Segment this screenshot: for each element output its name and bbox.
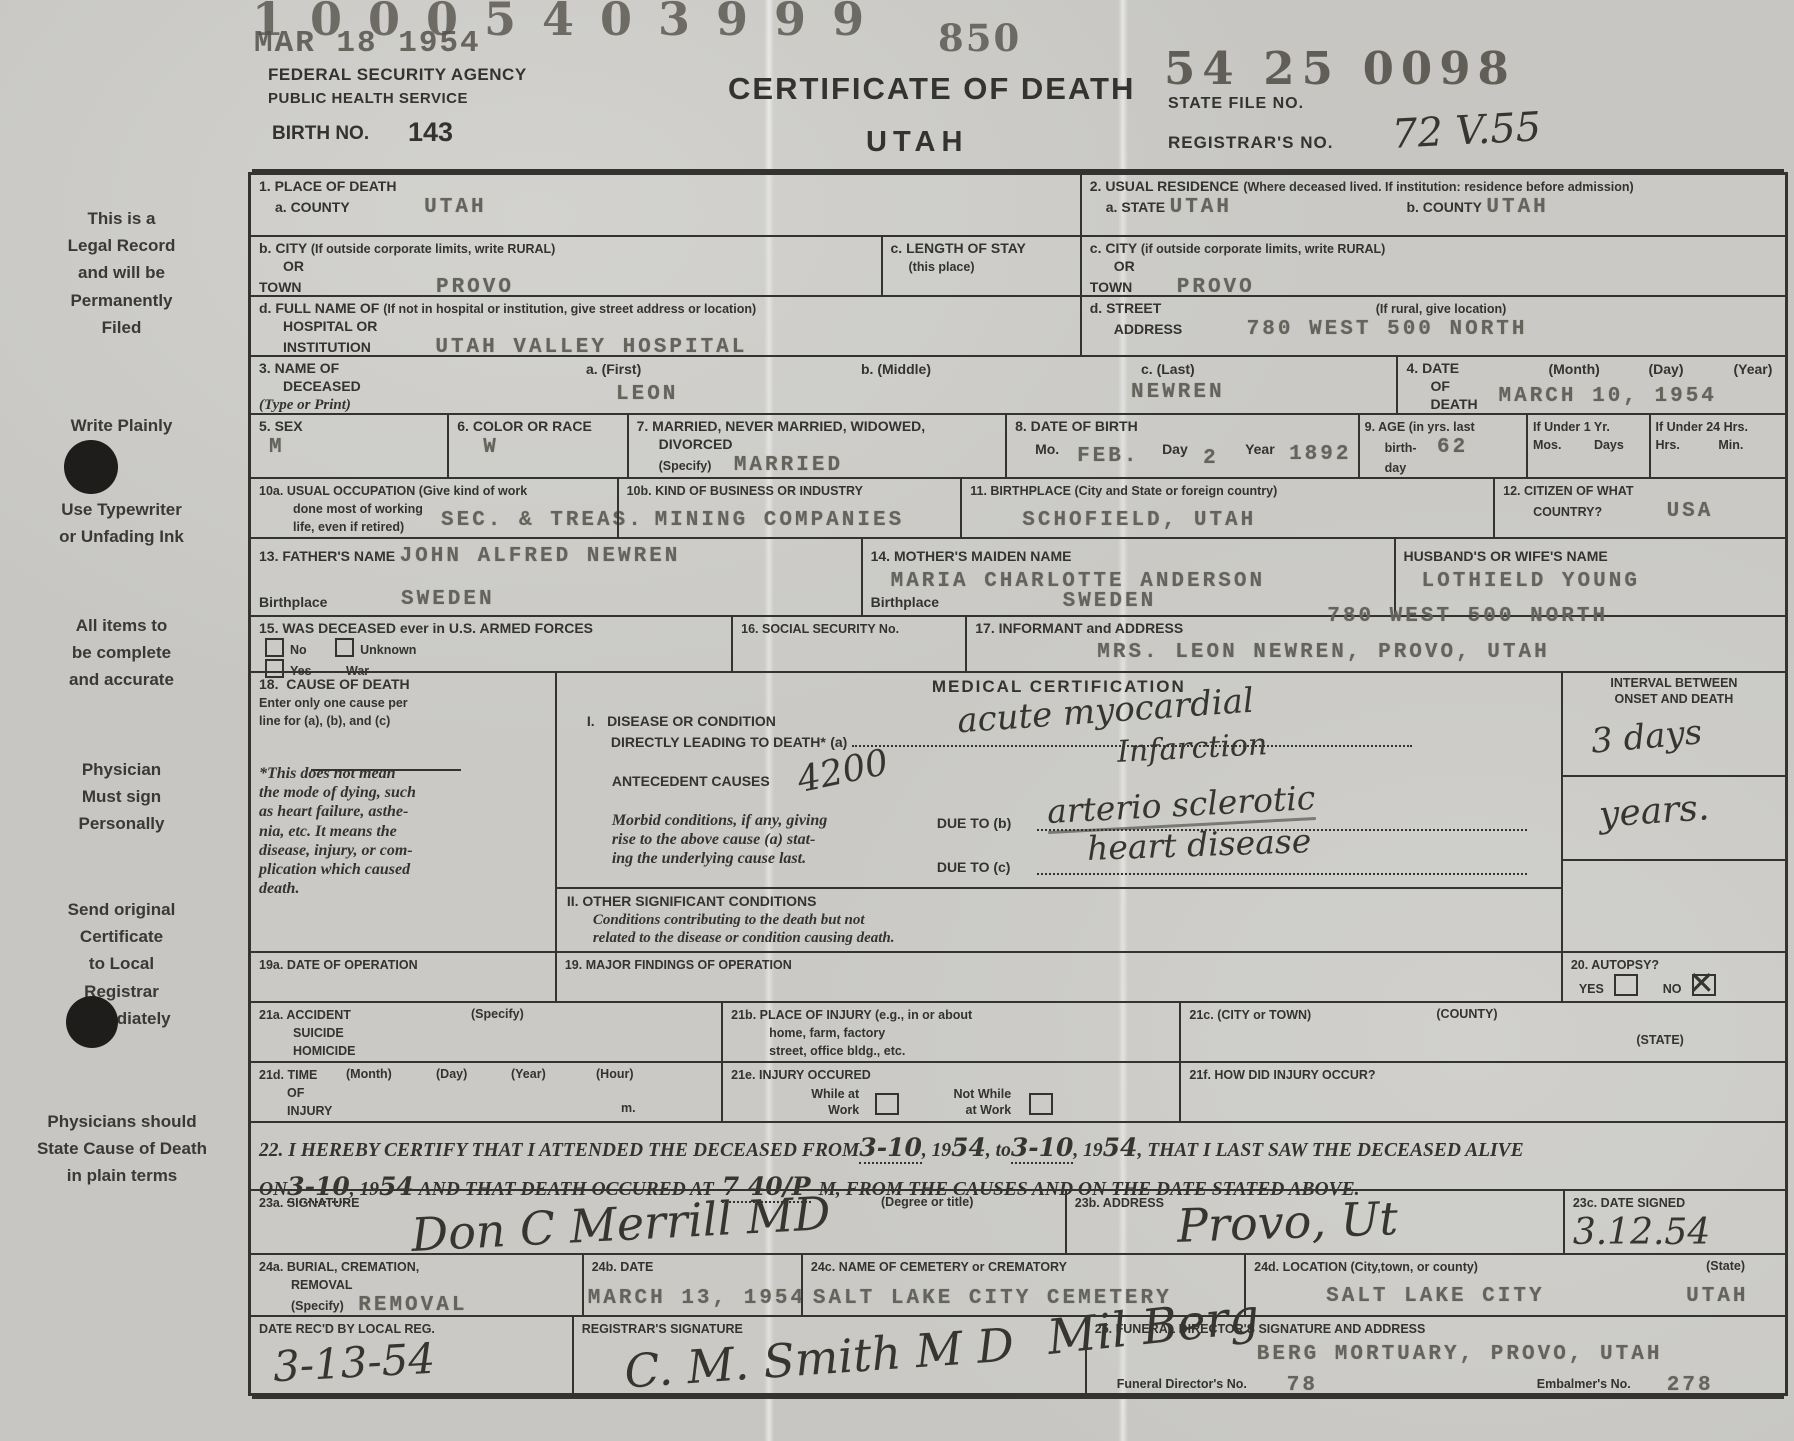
row-hospital-street: d. FULL NAME OF (If not in hospital or i… (251, 295, 1785, 355)
interval-divider2 (1563, 859, 1788, 861)
field-date-received: DATE REC'D BY LOCAL REG. 3-13-54 (251, 1317, 572, 1399)
m-label: m. (621, 1101, 636, 1117)
field-number: 7. (637, 418, 649, 434)
street-paren: (If rural, give location) (1376, 302, 1507, 316)
mos-label: Mos. (1533, 438, 1561, 452)
field-date-of-birth: 8. DATE OF BIRTH Mo. FEB. Day 2 Year 189… (1005, 415, 1358, 477)
field-title: DATE OF OPERATION (287, 958, 418, 972)
certify-text1: I HEREBY CERTIFY THAT I ATTENDED THE DEC… (288, 1140, 859, 1161)
margin-note-legal-record: This is a Legal Record and will be Perma… (14, 205, 229, 341)
field-number: 3. (259, 360, 271, 376)
field-title: ADDRESS (1103, 1196, 1164, 1210)
interval-divider1 (1563, 775, 1788, 777)
marital-value: MARRIED (734, 454, 843, 477)
checkbox-unknown (335, 638, 354, 657)
town-label: TOWN (1090, 279, 1133, 295)
registrar-no-label: REGISTRAR'S NO. (1168, 132, 1333, 153)
field-number: 24d. (1254, 1260, 1279, 1274)
field-date-signed: 23c. DATE SIGNED 3.12.54 (1563, 1191, 1785, 1253)
age-value: 62 (1437, 436, 1468, 459)
day-label: (Day) (436, 1067, 467, 1083)
state-label: (STATE) (1636, 1033, 1683, 1049)
morbid-line3: ing the underlying cause last. (612, 850, 806, 867)
city-value: PROVO (1177, 276, 1255, 299)
physician-signature-value: Don C Merrill MD (410, 1186, 832, 1262)
field-number: 12. (1503, 484, 1520, 498)
margin-note-typewriter: Use Typewriter or Unfading Ink (14, 496, 229, 550)
field-hospital: d. FULL NAME OF (If not in hospital or i… (251, 297, 1080, 355)
burial-state-value: UTAH (1686, 1285, 1748, 1308)
mother-birthplace-value: SWEDEN (1063, 590, 1157, 613)
suicide-label: SUICIDE (293, 1026, 344, 1040)
interval-label1: INTERVAL BETWEEN (1610, 676, 1737, 690)
street-label: d. STREET (1090, 300, 1162, 316)
certify-text2: , 19 (922, 1140, 951, 1161)
a-label: (a) (830, 734, 847, 750)
birth-year-value: 1892 (1289, 443, 1351, 466)
field-number: 24c. (811, 1260, 835, 1274)
row-burial: 24a. BURIAL, CREMATION, REMOVAL (Specify… (251, 1253, 1785, 1315)
city-label: b. CITY (259, 240, 307, 256)
county-label: b. COUNTY (1406, 199, 1481, 215)
hospital-label: d. FULL NAME OF (259, 300, 379, 316)
antecedent-label: ANTECEDENT CAUSES (612, 773, 770, 791)
last-name-label: c. (Last) (1141, 361, 1195, 379)
state-paren-label: (State) (1706, 1259, 1745, 1275)
first-name-value: LEON (616, 383, 678, 406)
hole-punch (64, 440, 118, 494)
margin-note-plain-terms: Physicians should State Cause of Death i… (2, 1108, 242, 1190)
town-label: TOWN (259, 279, 302, 295)
field-usual-residence: 2. USUAL RESIDENCE (Where deceased lived… (1080, 175, 1785, 235)
morbid-line1: Morbid conditions, if any, giving (612, 812, 827, 829)
field-color-race: 6. COLOR OR RACE W (447, 415, 626, 477)
county-label: (COUNTY) (1436, 1007, 1497, 1023)
field-number: 23a. (259, 1196, 283, 1210)
field-title: AGE (1378, 420, 1405, 434)
year-label: Year (1245, 441, 1275, 459)
field-title: REGISTRAR'S SIGNATURE (582, 1322, 743, 1336)
date-signed-value: 3.12.54 (1573, 1212, 1710, 1253)
informant-address-value: 780 WEST 500 NORTH (1327, 605, 1608, 628)
date-received-value: 3-13-54 (272, 1334, 436, 1391)
birth-no-value: 143 (408, 116, 453, 150)
received-date-stamp: MAR 18 1954 (254, 26, 481, 61)
homicide-label: HOMICIDE (293, 1044, 356, 1058)
state-label: a. STATE (1106, 199, 1165, 215)
field-industry: 10b. KIND OF BUSINESS OR INDUSTRY MINING… (617, 479, 961, 537)
field-occupation: 10a. USUAL OCCUPATION (Give kind of work… (251, 479, 617, 537)
field-number: 21f. (1189, 1068, 1211, 1082)
field-title: DATE (620, 1260, 653, 1274)
degree-label: (Degree or title) (881, 1195, 973, 1211)
street-value: 780 WEST 500 NORTH (1247, 318, 1528, 341)
hospital-value: UTAH VALLEY HOSPITAL (435, 336, 747, 359)
hrs-label: Hrs. (1656, 438, 1680, 452)
year-label: (Year) (511, 1067, 546, 1083)
field-paren2: done most of working (293, 502, 423, 516)
field-number: 5. (259, 418, 271, 434)
removal-label: REMOVAL (291, 1278, 353, 1292)
occupation-value: SEC. & TREAS. (441, 509, 644, 532)
field-title: DATE OF BIRTH (1031, 418, 1138, 434)
certify-text3: , to (986, 1140, 1011, 1161)
street-sub: ADDRESS (1114, 321, 1182, 337)
autopsy-no-label: NO (1663, 982, 1682, 996)
state-name: UTAH (866, 124, 968, 160)
field-number: 24a. (259, 1260, 283, 1274)
field-title: COLOR OR RACE (473, 418, 592, 434)
field-number: 21d. (259, 1068, 284, 1082)
row-parents: 13. FATHER'S NAME JOHN ALFRED NEWREN Bir… (251, 537, 1785, 615)
county-value: UTAH (424, 196, 486, 219)
cause-a-handwriting2: Infarction (1116, 727, 1268, 770)
work-label: Work (828, 1103, 859, 1117)
interval-b-value: years. (1598, 787, 1711, 836)
field-number: 15. (259, 620, 278, 636)
field-title: PLACE OF INJURY (e.g., in or about (760, 1008, 973, 1022)
physician-address-value: Provo, Ut (1176, 1191, 1399, 1253)
field-number: 16. (741, 622, 758, 636)
certify-from-date: 3-10 (859, 1133, 922, 1164)
of-label: OF (1430, 378, 1449, 394)
not-while-at-work-checkbox (1029, 1093, 1053, 1115)
field-title: FATHER'S NAME (282, 548, 395, 564)
or-label: OR (283, 258, 304, 274)
field-certify-statement: 22. I HEREBY CERTIFY THAT I ATTENDED THE… (251, 1123, 1785, 1189)
field-title: KIND OF BUSINESS OR INDUSTRY (655, 484, 863, 498)
certify-from-year: 54 (951, 1133, 986, 1162)
field-burial-date: 24b. DATE MARCH 13, 1954 (582, 1255, 801, 1315)
specify-label: (Specify) (471, 1007, 524, 1023)
other-conditions-section: II. OTHER SIGNIFICANT CONDITIONS Conditi… (557, 887, 1561, 951)
field-paren: (Give kind of work (419, 484, 527, 498)
checkbox-no (265, 638, 284, 657)
birth-day-value: 2 (1203, 447, 1219, 470)
industry-value: MINING COMPANIES (655, 509, 905, 532)
field-number: 23b. (1075, 1196, 1100, 1210)
other-conditions-note1: Conditions contributing to the death but… (593, 912, 865, 928)
row-armed-forces: 15. WAS DECEASED ever in U.S. ARMED FORC… (251, 615, 1785, 671)
field-name-of-deceased: 3. NAME OF DECEASED (Type or Print) a. (… (251, 357, 1396, 413)
funeral-director-no-value: 78 (1287, 1374, 1318, 1397)
field-number: 13. (259, 548, 278, 564)
field-title: DATE (1422, 360, 1459, 376)
interval-a-value: 3 days (1589, 712, 1703, 762)
field-number: 11. (970, 484, 987, 498)
field-number: 21b. (731, 1008, 756, 1022)
while-at-label: While at (811, 1087, 859, 1101)
roman-i: I. (587, 713, 595, 729)
death-certificate-scan: { "header": { "serial_stamp": "100054039… (0, 0, 1794, 1441)
due-to-c-label: DUE TO (c) (937, 859, 1011, 877)
country-label: COUNTRY? (1533, 505, 1602, 519)
specify-label: (Specify) (659, 459, 712, 473)
last-name-value: NEWREN (1131, 381, 1225, 404)
birth-no-label: BIRTH NO. (272, 122, 369, 146)
field-title: HOW DID INJURY OCCUR? (1214, 1068, 1375, 1082)
field-number: 14. (871, 548, 890, 564)
field-paren: (City and State or foreign country) (1074, 484, 1277, 498)
field-father-name: 13. FATHER'S NAME JOHN ALFRED NEWREN Bir… (251, 539, 861, 615)
birth-month-value: FEB. (1077, 445, 1139, 468)
field-birthplace: 11. BIRTHPLACE (City and State or foreig… (960, 479, 1493, 537)
stay-paren: (this place) (909, 260, 975, 274)
age-paren: (in yrs. last (1409, 420, 1475, 434)
certify-text4: , 19 (1073, 1140, 1102, 1161)
autopsy-no-checkbox: ✕ (1692, 974, 1716, 996)
field-armed-forces: 15. WAS DECEASED ever in U.S. ARMED FORC… (251, 617, 731, 671)
field-title: PLACE OF DEATH (275, 178, 397, 194)
embalmer-no-value: 278 (1667, 1374, 1714, 1397)
specify-label: (Specify) (291, 1299, 344, 1313)
birthplace-label: Birthplace (259, 594, 327, 612)
field-number: 21c. (1189, 1008, 1213, 1022)
field-title: NAME OF (275, 360, 340, 376)
state-value: UTAH (1170, 196, 1232, 219)
other-conditions-note2: related to the disease or condition caus… (593, 930, 895, 946)
certificate-form: 1. PLACE OF DEATH a. COUNTY UTAH 2. USUA… (248, 172, 1788, 1396)
birthplace-value: SCHOFIELD, UTAH (1022, 509, 1256, 532)
agency-name: FEDERAL SECURITY AGENCY (268, 64, 527, 85)
spouse-label: HUSBAND'S OR WIFE'S NAME (1404, 548, 1608, 564)
field-time-of-injury: 21d. TIME (Month) (Day) (Year) (Hour) OF… (251, 1063, 721, 1121)
spouse-value: LOTHIELD YOUNG (1422, 570, 1640, 593)
day-label: Day (1162, 441, 1188, 459)
margin-note-write-plainly: Write Plainly (14, 412, 229, 439)
registrar-no-value: 72 V.55 (1391, 104, 1542, 158)
row-sex-race-birth: 5. SEX M 6. COLOR OR RACE W 7. MARRIED, … (251, 413, 1785, 477)
field-city-of-death: b. CITY (If outside corporate limits, wr… (251, 237, 881, 295)
row-occupation: 10a. USUAL OCCUPATION (Give kind of work… (251, 477, 1785, 537)
field-number: 9. (1365, 420, 1375, 434)
row-time-of-injury: 21d. TIME (Month) (Day) (Year) (Hour) OF… (251, 1061, 1785, 1121)
field-title: SOCIAL SECURITY No. (762, 622, 899, 636)
city-or-town-label: (CITY or TOWN) (1217, 1008, 1311, 1022)
field-number: 21a. (259, 1008, 283, 1022)
min-label: Min. (1718, 438, 1743, 452)
margin-note-complete: All items to be complete and accurate (14, 612, 229, 694)
field-citizen: 12. CITIZEN OF WHAT COUNTRY? USA (1493, 479, 1785, 537)
autopsy-yes-checkbox (1614, 974, 1638, 996)
row-name-date: 3. NAME OF DECEASED (Type or Print) a. (… (251, 355, 1785, 413)
field-title: MAJOR FINDINGS OF OPERATION (586, 958, 792, 972)
field-title: INJURY OCCURED (759, 1068, 871, 1082)
stay-label: c. LENGTH OF STAY (891, 240, 1026, 256)
accident-label: ACCIDENT (286, 1008, 351, 1022)
divider (311, 769, 461, 771)
state-file-label: STATE FILE NO. (1168, 94, 1304, 114)
time-label: TIME (288, 1068, 318, 1082)
informant-name-value: MRS. LEON NEWREN, PROVO, UTAH (1097, 641, 1549, 664)
checkbox-unknown-label: Unknown (360, 643, 416, 657)
month-label: Mo. (1035, 441, 1059, 459)
field-autopsy: 20. AUTOPSY? YES NO ✕ (1561, 953, 1785, 1001)
agency-service: PUBLIC HEALTH SERVICE (268, 90, 468, 109)
margin-note-send-original: Send original Certificate to Local Regis… (14, 896, 229, 1032)
field-title: SIGNATURE (287, 1196, 360, 1210)
field-number: 10a. (259, 484, 283, 498)
field-number: 20. (1571, 958, 1588, 972)
field-spouse-name: HUSBAND'S OR WIFE'S NAME LOTHIELD YOUNG (1394, 539, 1785, 615)
month-label: (Month) (346, 1067, 392, 1083)
field-number: 2. (1090, 178, 1102, 194)
field-place-of-injury: 21b. PLACE OF INJURY (e.g., in or about … (721, 1003, 1179, 1061)
due-to-b-label: DUE TO (b) (937, 815, 1011, 833)
or-label: OR (1114, 258, 1135, 274)
middle-name-label: b. (Middle) (861, 361, 931, 379)
hospital-sub1: HOSPITAL OR (283, 318, 377, 334)
first-name-label: a. (First) (586, 361, 641, 379)
cause-footnote: *This does not mean the mode of dying, s… (259, 764, 547, 898)
field-marital-status: 7. MARRIED, NEVER MARRIED, WIDOWED, DIVO… (627, 415, 1005, 477)
funeral-director-no-label: Funeral Director's No. (1117, 1377, 1247, 1393)
cause-note1: Enter only one cause per (259, 696, 408, 710)
father-birthplace-value: SWEDEN (401, 588, 495, 611)
injury-place-line2: home, farm, factory (769, 1026, 885, 1040)
page-number-stamp: 850 (938, 16, 1021, 60)
field-number: 8. (1015, 418, 1027, 434)
field-paren3: life, even if retired) (293, 520, 404, 534)
field-burial-location: 24d. LOCATION (City,town, or county) (St… (1244, 1255, 1785, 1315)
row-accident: 21a. ACCIDENT (Specify) SUICIDE HOMICIDE… (251, 1001, 1785, 1061)
morbid-conditions-note: Morbid conditions, if any, givingrise to… (612, 811, 827, 869)
field-number: 4. (1406, 360, 1418, 376)
autopsy-no-checkmark: ✕ (1688, 964, 1715, 1002)
checkbox-no-label: No (290, 643, 307, 657)
birthplace-label: Birthplace (871, 594, 939, 612)
field-title: CITIZEN OF WHAT (1524, 484, 1633, 498)
field-title: USUAL OCCUPATION (287, 484, 415, 498)
burial-type-value: REMOVAL (358, 1294, 467, 1317)
roman-ii: II. (567, 893, 579, 909)
field-sex: 5. SEX M (251, 415, 447, 477)
field-mother-name: 14. MOTHER'S MAIDEN NAME MARIA CHARLOTTE… (861, 539, 1394, 615)
field-title: USUAL RESIDENCE (1105, 178, 1239, 194)
under-24hrs-label: If Under 24 Hrs. (1656, 420, 1748, 434)
at-work-label: at Work (966, 1103, 1012, 1117)
field-title: MARRIED, NEVER MARRIED, WIDOWED, (652, 418, 925, 434)
field-title: DATE SIGNED (1601, 1196, 1686, 1210)
field-title: BURIAL, CREMATION, (287, 1260, 419, 1274)
father-name-value: JOHN ALFRED NEWREN (400, 545, 681, 568)
hour-label: (Hour) (596, 1067, 634, 1083)
row-operation: 19a. DATE OF OPERATION 19. MAJOR FINDING… (251, 951, 1785, 1001)
field-number: 18. (259, 676, 278, 692)
row-registrar: DATE REC'D BY LOCAL REG. 3-13-54 REGISTR… (251, 1315, 1785, 1399)
sex-value: M (269, 436, 285, 459)
days-label: Days (1594, 438, 1624, 452)
row-place-residence: 1. PLACE OF DEATH a. COUNTY UTAH 2. USUA… (251, 175, 1785, 235)
day-label: day (1385, 461, 1407, 475)
field-physician-address: 23b. ADDRESS Provo, Ut (1065, 1191, 1563, 1253)
date-of-death-value: MARCH 10, 1954 (1498, 385, 1716, 408)
row-certify-statement: 22. I HEREBY CERTIFY THAT I ATTENDED THE… (251, 1121, 1785, 1189)
morbid-line2: rise to the above cause (a) stat- (612, 831, 816, 848)
not-while-label: Not While (954, 1087, 1012, 1101)
certify-to-year: 54 (1103, 1133, 1138, 1162)
field-place-of-death: 1. PLACE OF DEATH a. COUNTY UTAH (251, 175, 1080, 235)
field-title: AUTOPSY? (1591, 958, 1659, 972)
row-medical-certification: 18. CAUSE OF DEATH Enter only one cause … (251, 671, 1785, 951)
county-value: UTAH (1486, 196, 1548, 219)
field-title: BIRTHPLACE (990, 484, 1071, 498)
field-injury-occurred: 21e. INJURY OCCURED While atWork Not Whi… (721, 1063, 1179, 1121)
divorced-label: DIVORCED (659, 436, 733, 452)
field-number: 19a. (259, 958, 283, 972)
while-at-work-checkbox (875, 1093, 899, 1115)
field-title: CAUSE OF DEATH (286, 676, 409, 692)
field-cause-of-death: 18. CAUSE OF DEATH Enter only one cause … (251, 673, 555, 951)
cause-c-handwriting: heart disease (1086, 821, 1311, 868)
certify-to-date: 3-10 (1011, 1133, 1074, 1164)
section-medical-certification: MEDICAL CERTIFICATION I. DISEASE OR COND… (555, 673, 1561, 951)
field-title: DATE REC'D BY LOCAL REG. (259, 1322, 435, 1336)
field-number: 1. (259, 178, 271, 194)
type-or-print: (Type or Print) (259, 397, 351, 413)
field-city-of-residence: c. CITY (if outside corporate limits, wr… (1080, 237, 1785, 295)
field-title: MOTHER'S MAIDEN NAME (894, 548, 1072, 564)
autopsy-yes-label: YES (1579, 982, 1604, 996)
field-interval: INTERVAL BETWEENONSET AND DEATH 3 days y… (1561, 673, 1785, 951)
burial-date-value: MARCH 13, 1954 (588, 1287, 806, 1310)
cause-note2: line for (a), (b), and (c) (259, 714, 390, 728)
funeral-home-value: BERG MORTUARY, PROVO, UTAH (1257, 1343, 1663, 1366)
embalmer-no-label: Embalmer's No. (1537, 1377, 1631, 1393)
field-ssn: 16. SOCIAL SECURITY No. (731, 617, 965, 671)
field-number: 10b. (627, 484, 652, 498)
field-accident-suicide: 21a. ACCIDENT (Specify) SUICIDE HOMICIDE (251, 1003, 721, 1061)
field-date-of-death: 4. DATE (Month) (Day) (Year) OF DEATH MA… (1396, 357, 1785, 413)
field-number: 22. (259, 1140, 283, 1161)
of-label: OF (287, 1086, 304, 1100)
city-paren: (If outside corporate limits, write RURA… (311, 242, 555, 256)
field-under-1yr: If Under 1 Yr. Mos. Days (1526, 415, 1649, 477)
hospital-sub2: INSTITUTION (283, 339, 371, 355)
day-label: (Day) (1648, 361, 1683, 379)
city-value: PROVO (436, 276, 514, 299)
field-how-injury: 21f. HOW DID INJURY OCCUR? (1179, 1063, 1785, 1121)
field-age: 9. AGE (in yrs. last birth- 62 day (1358, 415, 1526, 477)
other-conditions-label: OTHER SIGNIFICANT CONDITIONS (582, 893, 816, 909)
field-number: 23c. (1573, 1196, 1597, 1210)
city-label: c. CITY (1090, 240, 1137, 256)
field-length-of-stay: c. LENGTH OF STAY (this place) (881, 237, 1080, 295)
citizen-value: USA (1667, 500, 1714, 523)
under-1yr-label: If Under 1 Yr. (1533, 420, 1610, 434)
hospital-paren: (If not in hospital or institution, give… (383, 302, 756, 316)
field-number: 24b. (592, 1260, 617, 1274)
field-funeral-director: 25. FUNERAL DIRECTOR'S SIGNATURE AND ADD… (1085, 1317, 1785, 1399)
field-physician-signature: 23a. SIGNATURE (Degree or title) Don C M… (251, 1191, 1065, 1253)
race-value: W (483, 436, 499, 459)
disease-label1: DISEASE OR CONDITION (607, 713, 776, 729)
field-title2: DECEASED (283, 378, 361, 394)
field-number: 21e. (731, 1068, 755, 1082)
field-burial-type: 24a. BURIAL, CREMATION, REMOVAL (Specify… (251, 1255, 582, 1315)
field-informant: 17. INFORMANT and ADDRESS 780 WEST 500 N… (965, 617, 1785, 671)
field-paren: (Where deceased lived. If institution: r… (1243, 180, 1633, 194)
month-label: (Month) (1548, 361, 1599, 379)
document-title: CERTIFICATE OF DEATH (728, 70, 1135, 109)
field-registrar-signature: REGISTRAR'S SIGNATURE C. M. Smith M D (572, 1317, 1085, 1399)
hole-punch (66, 996, 118, 1048)
field-title: NAME OF CEMETERY or CREMATORY (839, 1260, 1067, 1274)
certify-text5: , THAT I LAST SAW THE DECEASED ALIVE (1137, 1140, 1523, 1161)
field-title: WAS DECEASED ever in U.S. ARMED FORCES (282, 620, 593, 636)
death-label: DEATH (1430, 396, 1477, 412)
field-date-of-operation: 19a. DATE OF OPERATION (251, 953, 555, 1001)
